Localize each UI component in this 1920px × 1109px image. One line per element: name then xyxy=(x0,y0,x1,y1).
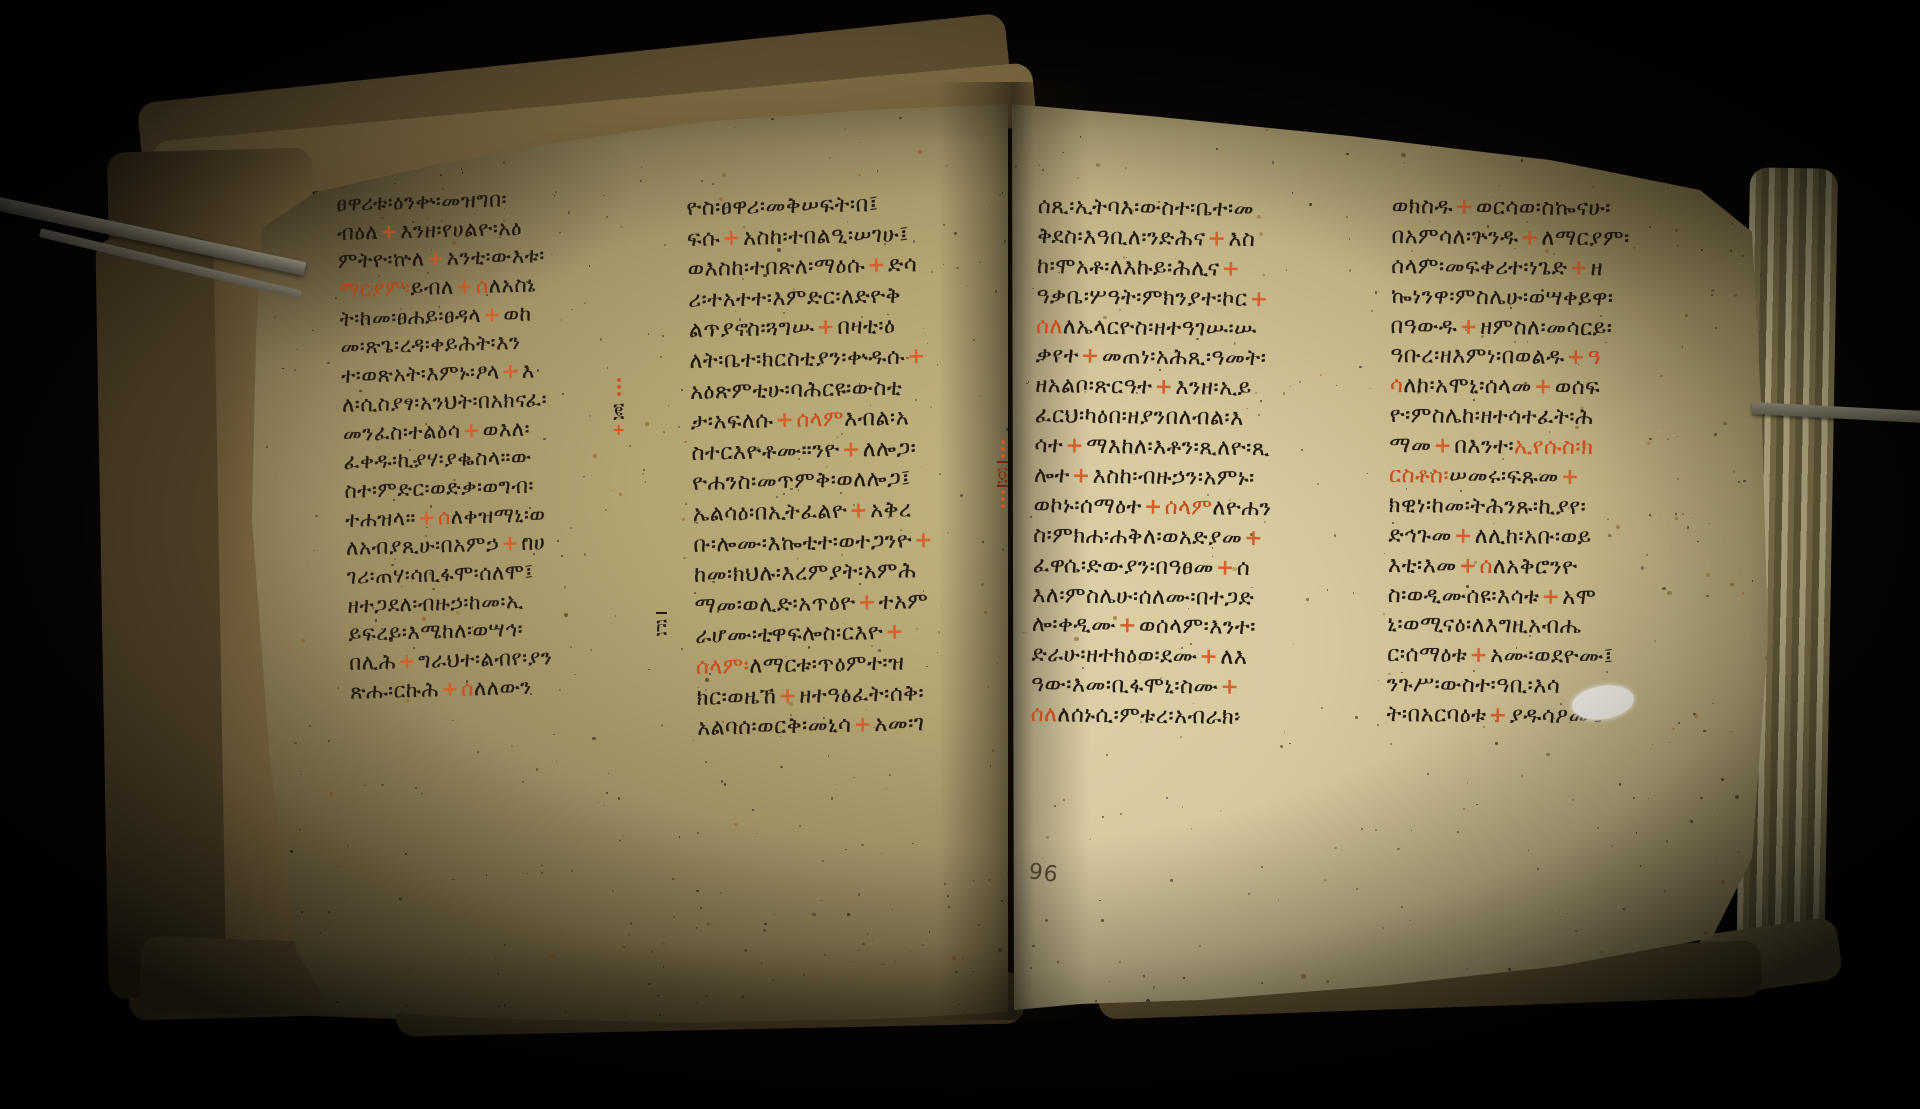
foxing-speck xyxy=(1752,580,1753,581)
foxing-speck xyxy=(553,734,555,736)
text-line: ፈዋሴ፡ድውያን፡በዓፀመ+ሰ xyxy=(1033,551,1381,586)
foxing-speck xyxy=(274,316,276,318)
foxing-speck xyxy=(1374,132,1377,135)
foxing-speck xyxy=(1109,981,1110,982)
foxing-speck xyxy=(1353,141,1354,142)
foxing-speck xyxy=(440,174,442,176)
ornament-dot xyxy=(1001,490,1005,494)
foxing-speck xyxy=(1465,113,1468,116)
foxing-speck xyxy=(1575,930,1577,932)
red-cross-mark: + xyxy=(1539,584,1562,609)
text-segment: ከ፡ሞአቶ፡ለእኩይ፡ሕሊና xyxy=(1037,254,1220,282)
foxing-speck xyxy=(301,911,303,913)
foxing-speck xyxy=(301,774,302,775)
rubric-segment: ሰላም፡ xyxy=(696,654,750,680)
text-segment: ተሐዝላ። xyxy=(345,505,416,531)
foxing-speck xyxy=(822,860,824,862)
foxing-speck xyxy=(1183,977,1185,979)
foxing-speck xyxy=(668,405,670,407)
foxing-speck xyxy=(918,150,922,154)
foxing-speck xyxy=(763,929,766,932)
foxing-speck xyxy=(1220,810,1222,812)
foxing-speck xyxy=(724,783,727,786)
rubric-segment: ኢየሱስ፡ክ xyxy=(1514,434,1594,460)
foxing-speck xyxy=(282,368,284,370)
foxing-speck xyxy=(722,173,726,177)
foxing-speck xyxy=(1301,974,1305,978)
text-line: ዓው፡እመ፡ቢፋሞኒ፡ስሙ+ xyxy=(1031,670,1379,705)
foxing-speck xyxy=(498,1005,500,1007)
text-segment: ለት፡ቤተ፡ክርስቲያን፡ቍዱሱ xyxy=(689,344,905,374)
foxing-speck xyxy=(1096,163,1100,167)
foxing-speck xyxy=(1326,980,1329,983)
foxing-speck xyxy=(772,979,773,980)
text-segment: ሠመሩ፡ፍጹመ xyxy=(1449,464,1559,490)
foxing-speck xyxy=(1743,480,1745,482)
text-segment: ዘ xyxy=(1590,256,1603,281)
foxing-speck xyxy=(882,964,884,966)
text-segment: እሳ xyxy=(1533,674,1560,699)
foxing-speck xyxy=(895,961,896,962)
text-line: ከ፡ሞአቶ፡ለእኩይ፡ሕሊና+ xyxy=(1037,252,1385,287)
foxing-speck xyxy=(1537,868,1539,870)
rubric-segment: ሰ xyxy=(1479,554,1493,579)
red-cross-mark: + xyxy=(1567,256,1590,281)
foxing-speck xyxy=(608,773,609,774)
foxing-speck xyxy=(1601,152,1604,155)
text-column-2: ዮስ፡ፀዋሪ፡መቅሠፍት፡በ፤ፍሱ+አስከ፡ተበልዒ፡ሠገሁ፤ወእስከ፡ተበጽለ… xyxy=(686,187,1027,744)
foxing-speck xyxy=(1166,797,1168,799)
text-segment: አሙ፡ወደዮሙ፤ xyxy=(1490,643,1613,669)
foxing-speck xyxy=(1633,817,1634,818)
text-segment: ስ፡ምክሐ፡ሐቅለ፡ወአድያመ xyxy=(1033,523,1242,551)
text-segment: እንዘ፡ኢይ xyxy=(1175,375,1252,401)
foxing-speck xyxy=(469,958,473,962)
foxing-speck xyxy=(1261,866,1262,867)
red-cross-mark: + xyxy=(1559,465,1582,490)
foxing-speck xyxy=(1669,742,1670,743)
foxing-speck xyxy=(1401,906,1403,908)
red-cross-mark: + xyxy=(1486,703,1509,728)
foxing-speck xyxy=(1715,151,1716,152)
foxing-speck xyxy=(486,874,487,875)
foxing-speck xyxy=(338,871,339,872)
red-cross-mark: + xyxy=(439,676,462,701)
text-segment: ዘምስለ፡መሳርይ፡ xyxy=(1480,314,1612,340)
text-column-1: ፀዋሪቱ፡ዕንቍ፡መዝግበ፡ብዕለ+እንዘ፡የሀልዮ፡አዕምትዮ፡ኵለ+አንቲ፡… xyxy=(336,181,666,706)
foxing-speck xyxy=(619,840,620,841)
foxing-speck xyxy=(682,518,685,521)
rubric-segment: ዓ xyxy=(1587,346,1601,371)
foxing-speck xyxy=(1489,118,1490,119)
red-cross-mark: + xyxy=(481,302,504,327)
red-cross-mark: + xyxy=(1142,494,1165,519)
foxing-speck xyxy=(1467,782,1468,783)
foxing-speck xyxy=(844,128,846,130)
foxing-speck xyxy=(828,755,830,757)
foxing-speck xyxy=(1404,163,1405,164)
foxing-speck xyxy=(1346,153,1348,155)
rubric-segment: ርስቶስ፡ xyxy=(1389,463,1449,489)
text-segment: አሞ xyxy=(1562,584,1596,609)
foxing-speck xyxy=(799,825,801,827)
red-cross-mark: + xyxy=(1218,675,1241,700)
foxing-speck xyxy=(381,784,383,786)
foxing-speck xyxy=(829,157,831,159)
foxing-speck xyxy=(672,878,674,880)
text-segment: ኤልሳዕ፡በኢትፈልዮ xyxy=(692,499,847,527)
foxing-speck xyxy=(1280,745,1282,747)
foxing-speck xyxy=(495,958,496,959)
foxing-speck xyxy=(663,431,665,433)
rubric-segment: ሰ xyxy=(476,274,489,298)
foxing-speck xyxy=(1125,167,1126,168)
text-segment: በዛቲ፡ዕ xyxy=(837,314,896,340)
text-segment: ዓቡረ፡ዘእምነ፡በወልዱ xyxy=(1390,343,1565,370)
text-segment: ክዊነ፡ከመ፡ትሕንጹ፡ኪያየ፡ xyxy=(1389,493,1587,520)
text-segment: ለእ xyxy=(1220,645,1247,670)
text-segment: አመ፡ገ xyxy=(874,711,925,737)
foxing-speck xyxy=(774,914,775,915)
foxing-speck xyxy=(1102,816,1104,818)
text-segment: ፈዋሴ፡ድውያን፡በዓፀመ xyxy=(1033,553,1214,581)
text-segment: ሎተ xyxy=(1034,463,1070,488)
text-segment: ኰነንዋ፡ምስሌሁ፡ወሣቀይዋ፡ xyxy=(1391,284,1614,311)
rubric-segment: ሰላም xyxy=(796,407,844,433)
foxing-speck xyxy=(1119,961,1121,963)
foxing-speck xyxy=(641,167,642,168)
foxing-speck xyxy=(1199,945,1201,947)
text-line: ፈርህ፡ካዕበ፡ዘያንበለብል፡እ xyxy=(1035,401,1383,436)
text-segment: ራሆሙ፡ቲዋፍሎስ፡ርእዮ xyxy=(695,620,884,649)
foxing-speck xyxy=(290,850,293,853)
foxing-speck xyxy=(299,829,301,831)
text-line: ሰላም፡መፍቀሪተ፡ነጌድ+ዘ xyxy=(1391,252,1741,286)
text-line: ማመ+በእንተ፡ኢየሱስ፡ክ xyxy=(1389,431,1739,465)
foxing-speck xyxy=(522,781,524,783)
foxing-speck xyxy=(1636,832,1638,834)
text-segment: እቲ፡እመ xyxy=(1388,553,1457,579)
foxing-speck xyxy=(661,724,663,726)
foxing-speck xyxy=(1266,129,1268,131)
foxing-speck xyxy=(452,720,453,721)
section-numeral: ፪ xyxy=(613,399,624,421)
foxing-speck xyxy=(1717,809,1718,810)
foxing-speck xyxy=(1648,798,1649,799)
foxing-speck xyxy=(1382,927,1384,929)
text-segment: ድሳ xyxy=(888,252,918,278)
foxing-speck xyxy=(1384,553,1385,554)
text-segment: ቅደስ፡እዓቢለ፡ንድሕና xyxy=(1037,224,1205,251)
foxing-speck xyxy=(630,922,632,924)
text-segment: ወእስከ፡ተበጽለ፡ማዕሱ xyxy=(687,253,865,282)
red-cross-mark: + xyxy=(1070,463,1093,488)
foxing-speck xyxy=(1191,828,1193,830)
red-cross-mark: + xyxy=(912,527,935,552)
text-line: ድራሁ፡ዘተክዕወ፡ደሙ+ለእ xyxy=(1031,640,1379,675)
foxing-speck xyxy=(314,550,315,551)
foxing-speck xyxy=(886,788,887,789)
text-line: ር፡ሰማዕቱ+አሙ፡ወደዮሙ፤ xyxy=(1387,640,1737,674)
text-segment: አዕጽምቲሁ፡ባሕርዩ፡ውስቲ xyxy=(690,375,903,404)
foxing-speck xyxy=(1095,1000,1097,1002)
red-cross-mark: + xyxy=(460,418,483,443)
foxing-speck xyxy=(1548,124,1549,125)
foxing-speck xyxy=(1550,180,1551,181)
foxing-speck xyxy=(673,916,675,918)
foxing-speck xyxy=(346,897,347,898)
text-segment: ስ፡ወዲሙሰዩ፡እሳቱ xyxy=(1388,583,1540,610)
text-segment: እብል፡አ xyxy=(844,406,910,432)
foxing-speck xyxy=(1261,982,1263,984)
foxing-speck xyxy=(556,761,557,762)
foxing-speck xyxy=(329,792,333,796)
foxing-speck xyxy=(831,797,834,800)
red-cross-mark: + xyxy=(1532,375,1555,400)
red-cross-mark: + xyxy=(612,424,625,436)
foxing-speck xyxy=(561,929,562,930)
foxing-speck xyxy=(364,785,365,786)
foxing-speck xyxy=(1375,829,1377,831)
red-cross-mark: + xyxy=(773,408,796,433)
text-segment: ተ፡ወጽአት፡እምኑ፡ፆላ xyxy=(341,360,500,388)
text-segment: ሰ xyxy=(1237,556,1251,581)
foxing-speck xyxy=(1611,845,1614,848)
text-segment: ግራህተ፡ልብየ፡ያን xyxy=(418,645,553,673)
text-segment: ድራሁ፡ዘተክዕወ፡ደሙ xyxy=(1031,642,1197,669)
ornament-dot xyxy=(617,385,621,389)
text-segment: ማመ xyxy=(1389,433,1431,458)
text-segment: ዮሐንስ፡መጥምቅ፡ወለሎጋ፤ xyxy=(692,467,911,497)
foxing-speck xyxy=(1401,153,1405,157)
foxing-speck xyxy=(1666,840,1668,842)
text-line: እቲ፡እመ+ሰለአቅሮንዮ xyxy=(1388,551,1738,585)
foxing-speck xyxy=(929,931,931,933)
text-segment: ለማርያም፡ xyxy=(1541,225,1630,251)
text-segment: በዓውዱ xyxy=(1390,314,1457,340)
ornament-dot xyxy=(1001,447,1005,451)
foxing-speck xyxy=(1721,778,1724,781)
text-segment: ይፍረይ፡እሜከለ፡ወሣኅ፡ xyxy=(348,617,523,646)
foxing-speck xyxy=(1597,827,1599,829)
foxing-speck xyxy=(527,873,528,874)
red-cross-mark: + xyxy=(415,505,438,530)
text-line: ዓቡረ፡ዘእምነ፡በወልዱ+ዓ xyxy=(1390,341,1740,375)
foxing-speck xyxy=(1499,185,1500,186)
foxing-speck xyxy=(803,973,805,975)
red-cross-mark: + xyxy=(378,219,401,244)
red-cross-mark: + xyxy=(814,315,837,340)
foxing-speck xyxy=(697,832,699,834)
text-segment: መንፈስ፡ተልዕሳ xyxy=(342,418,460,445)
foxing-speck xyxy=(606,792,608,794)
text-segment: በአምሳለ፡ጕንዱ xyxy=(1391,224,1518,250)
foxing-speck xyxy=(347,845,349,847)
red-cross-mark: + xyxy=(1116,614,1139,639)
foxing-speck xyxy=(571,870,574,873)
foxing-speck xyxy=(1431,146,1433,148)
foxing-speck xyxy=(301,639,305,643)
foxing-speck xyxy=(1430,139,1432,141)
text-line: ቃየተ+መጠነ፡አሕጺ፡ዓመት፡ xyxy=(1035,341,1383,376)
text-segment: ለዮሐን xyxy=(1212,495,1271,521)
foxing-speck xyxy=(756,833,757,834)
foxing-speck xyxy=(683,557,685,559)
text-line: ወክስዱ+ወርሳወ፡ስኰናሁ፡ xyxy=(1392,192,1742,226)
foxing-speck xyxy=(899,117,901,119)
foxing-speck xyxy=(1559,910,1560,911)
red-cross-mark: + xyxy=(396,649,419,674)
foxing-speck xyxy=(1693,150,1695,152)
foxing-speck xyxy=(867,933,869,935)
foxing-speck xyxy=(1594,166,1596,168)
foxing-speck xyxy=(660,356,662,358)
foxing-speck xyxy=(664,244,666,246)
foxing-speck xyxy=(1544,138,1546,140)
margin-numeral: ፫ xyxy=(656,612,667,637)
text-line: ርስቶስ፡ሠመሩ፡ፍጹመ+ xyxy=(1389,461,1739,495)
text-segment: እንዘ፡የሀልዮ፡አዕ xyxy=(400,216,522,243)
text-segment: ክር፡ወዜኸ xyxy=(696,684,776,711)
foxing-speck xyxy=(405,853,407,855)
foxing-speck xyxy=(734,127,735,128)
red-cross-mark: + xyxy=(1247,287,1270,312)
text-line: ስ፡ወዲሙሰዩ፡እሳቱ+አሞ xyxy=(1388,581,1738,615)
red-cross-mark: + xyxy=(1452,523,1475,548)
red-cross-mark: + xyxy=(1152,375,1175,400)
text-line: ሳለከ፡አሞኒ፡ሰላመ+ወሰፍ xyxy=(1390,371,1740,405)
text-segment: ለአብያጺሁ፡በአምኃ xyxy=(346,532,500,560)
foxing-speck xyxy=(1700,797,1702,799)
folio-number: 96 xyxy=(1026,856,1059,885)
foxing-speck xyxy=(1521,159,1523,161)
foxing-speck xyxy=(421,793,422,794)
foxing-speck xyxy=(1601,951,1602,952)
foxing-speck xyxy=(592,737,596,741)
foxing-speck xyxy=(1592,186,1594,188)
foxing-speck xyxy=(659,1014,661,1016)
text-column-4: ወክስዱ+ወርሳወ፡ስኰናሁ፡በአምሳለ፡ጕንዱ+ለማርያም፡ሰላም፡መፍቀሪተ… xyxy=(1386,192,1742,734)
section-numeral: ፬ xyxy=(997,461,1008,487)
text-segment: ወከ xyxy=(503,301,532,326)
foxing-speck xyxy=(812,1016,813,1017)
foxing-speck xyxy=(1272,161,1274,163)
foxing-speck xyxy=(335,297,336,298)
text-segment: ሪ፡ተአተተ፡እምድር፡ለድዮቅ xyxy=(688,283,901,312)
text-segment: ዘተዓፅፈት፡ሰቅ፡ xyxy=(799,681,924,709)
red-cross-mark: + xyxy=(1242,526,1265,551)
rubric-segment: ማርያም፡ xyxy=(338,276,410,302)
foxing-speck xyxy=(1491,149,1493,151)
foxing-speck xyxy=(407,971,408,972)
text-segment: ኒ፡ወሚናዕ፡ለእግዚአብሔ xyxy=(1387,612,1581,639)
foxing-speck xyxy=(1619,783,1622,786)
red-cross-mark: + xyxy=(851,712,874,737)
section-numeral: ፫ xyxy=(656,612,667,637)
text-segment: ድኅጉመ xyxy=(1388,523,1452,549)
manuscript-photo: ፀዋሪቱ፡ዕንቍ፡መዝግበ፡ብዕለ+እንዘ፡የሀልዮ፡አዕምትዮ፡ኵለ+አንቲ፡… xyxy=(0,0,1920,1109)
foxing-speck xyxy=(1623,143,1624,144)
foxing-speck xyxy=(706,995,708,997)
foxing-speck xyxy=(1572,799,1574,801)
foxing-speck xyxy=(1652,744,1653,745)
foxing-speck xyxy=(550,955,553,958)
foxing-speck xyxy=(862,943,864,945)
foxing-speck xyxy=(1101,919,1104,922)
text-line: ሎ፡ቀዲሙ+ወሰላም፡እንተ፡ xyxy=(1032,610,1380,645)
text-line: ቅደስ፡እዓቢለ፡ንድሕና+እስ xyxy=(1037,222,1385,257)
foxing-speck xyxy=(685,503,687,505)
foxing-speck xyxy=(1742,592,1744,594)
ornament-dot xyxy=(1001,504,1005,508)
text-segment: ለማርቱ፡ጥዕምተ፡ዝ xyxy=(749,650,905,678)
foxing-speck xyxy=(1633,797,1635,799)
text-segment: ከመ፡ክህሉ፡እረምያት፡አምሕ xyxy=(694,558,917,588)
text-segment: መጠነ፡አሕጺ፡ዓመት፡ xyxy=(1102,344,1267,371)
rubric-segment: ሰለ xyxy=(1036,314,1063,339)
foxing-speck xyxy=(603,805,604,806)
foxing-speck xyxy=(461,168,463,170)
foxing-speck xyxy=(1664,890,1666,892)
foxing-speck xyxy=(399,898,401,900)
foxing-speck xyxy=(824,954,826,956)
text-segment: ሳተ xyxy=(1034,433,1063,458)
text-line: ኒ፡ወሚናዕ፡ለእግዚአብሔ xyxy=(1387,610,1737,644)
foxing-speck xyxy=(541,872,543,874)
text-segment: እስከ፡ብዙኃን፡አምኑ፡ xyxy=(1093,464,1255,491)
red-cross-mark: + xyxy=(865,253,888,278)
red-cross-mark: + xyxy=(1205,226,1228,251)
foxing-speck xyxy=(877,170,878,171)
text-segment: ለ፡ሲስያፃ፡አንህት፡በአክናፈ፡ xyxy=(342,387,548,417)
foxing-speck xyxy=(889,774,892,777)
foxing-speck xyxy=(536,768,539,771)
rubric-segment: ሳ xyxy=(1390,373,1404,398)
red-cross-mark: + xyxy=(847,498,870,523)
foxing-speck xyxy=(1324,879,1326,881)
foxing-speck xyxy=(1640,865,1641,866)
foxing-speck xyxy=(1289,743,1290,744)
foxing-speck xyxy=(504,944,506,946)
rubric-segment: ሰላም xyxy=(1165,495,1213,521)
text-segment: ለቀዝማኒ፡ወ xyxy=(450,502,545,529)
text-segment: ጽሑ፡ርኩሕ xyxy=(350,677,440,703)
text-segment: ገሪ፡ጠሃ፡ሳቢፋሞ፡ሰለሞ፤ xyxy=(346,560,533,589)
foxing-speck xyxy=(651,950,653,952)
text-line: ሳተ+ማእከለ፡እቶን፡ጺለዮ፡ጺ xyxy=(1034,431,1382,466)
foxing-speck xyxy=(910,950,911,951)
foxing-speck xyxy=(266,446,268,448)
foxing-speck xyxy=(858,174,860,176)
foxing-speck xyxy=(336,1001,338,1003)
foxing-speck xyxy=(1182,806,1184,808)
foxing-speck xyxy=(318,931,319,932)
text-segment: ለኤላርዮስ፡ዘተዓገሡ፡ሡ xyxy=(1063,314,1257,342)
text-segment: እለ፡ምስሌሁ፡ሰለሙ፡በተጋድ xyxy=(1032,583,1254,611)
foxing-speck xyxy=(858,893,860,895)
red-cross-mark: + xyxy=(1079,344,1102,369)
text-segment: በሊሕ xyxy=(349,650,397,675)
foxing-speck xyxy=(701,180,703,182)
foxing-speck xyxy=(858,949,860,951)
foxing-speck xyxy=(312,330,314,332)
text-line: በአምሳለ፡ጕንዱ+ለማርያም፡ xyxy=(1391,222,1741,256)
red-cross-mark: + xyxy=(1063,434,1086,459)
foxing-speck xyxy=(1704,931,1708,935)
foxing-speck xyxy=(1334,847,1336,849)
foxing-speck xyxy=(1248,893,1250,895)
ornament-dot xyxy=(617,378,621,382)
